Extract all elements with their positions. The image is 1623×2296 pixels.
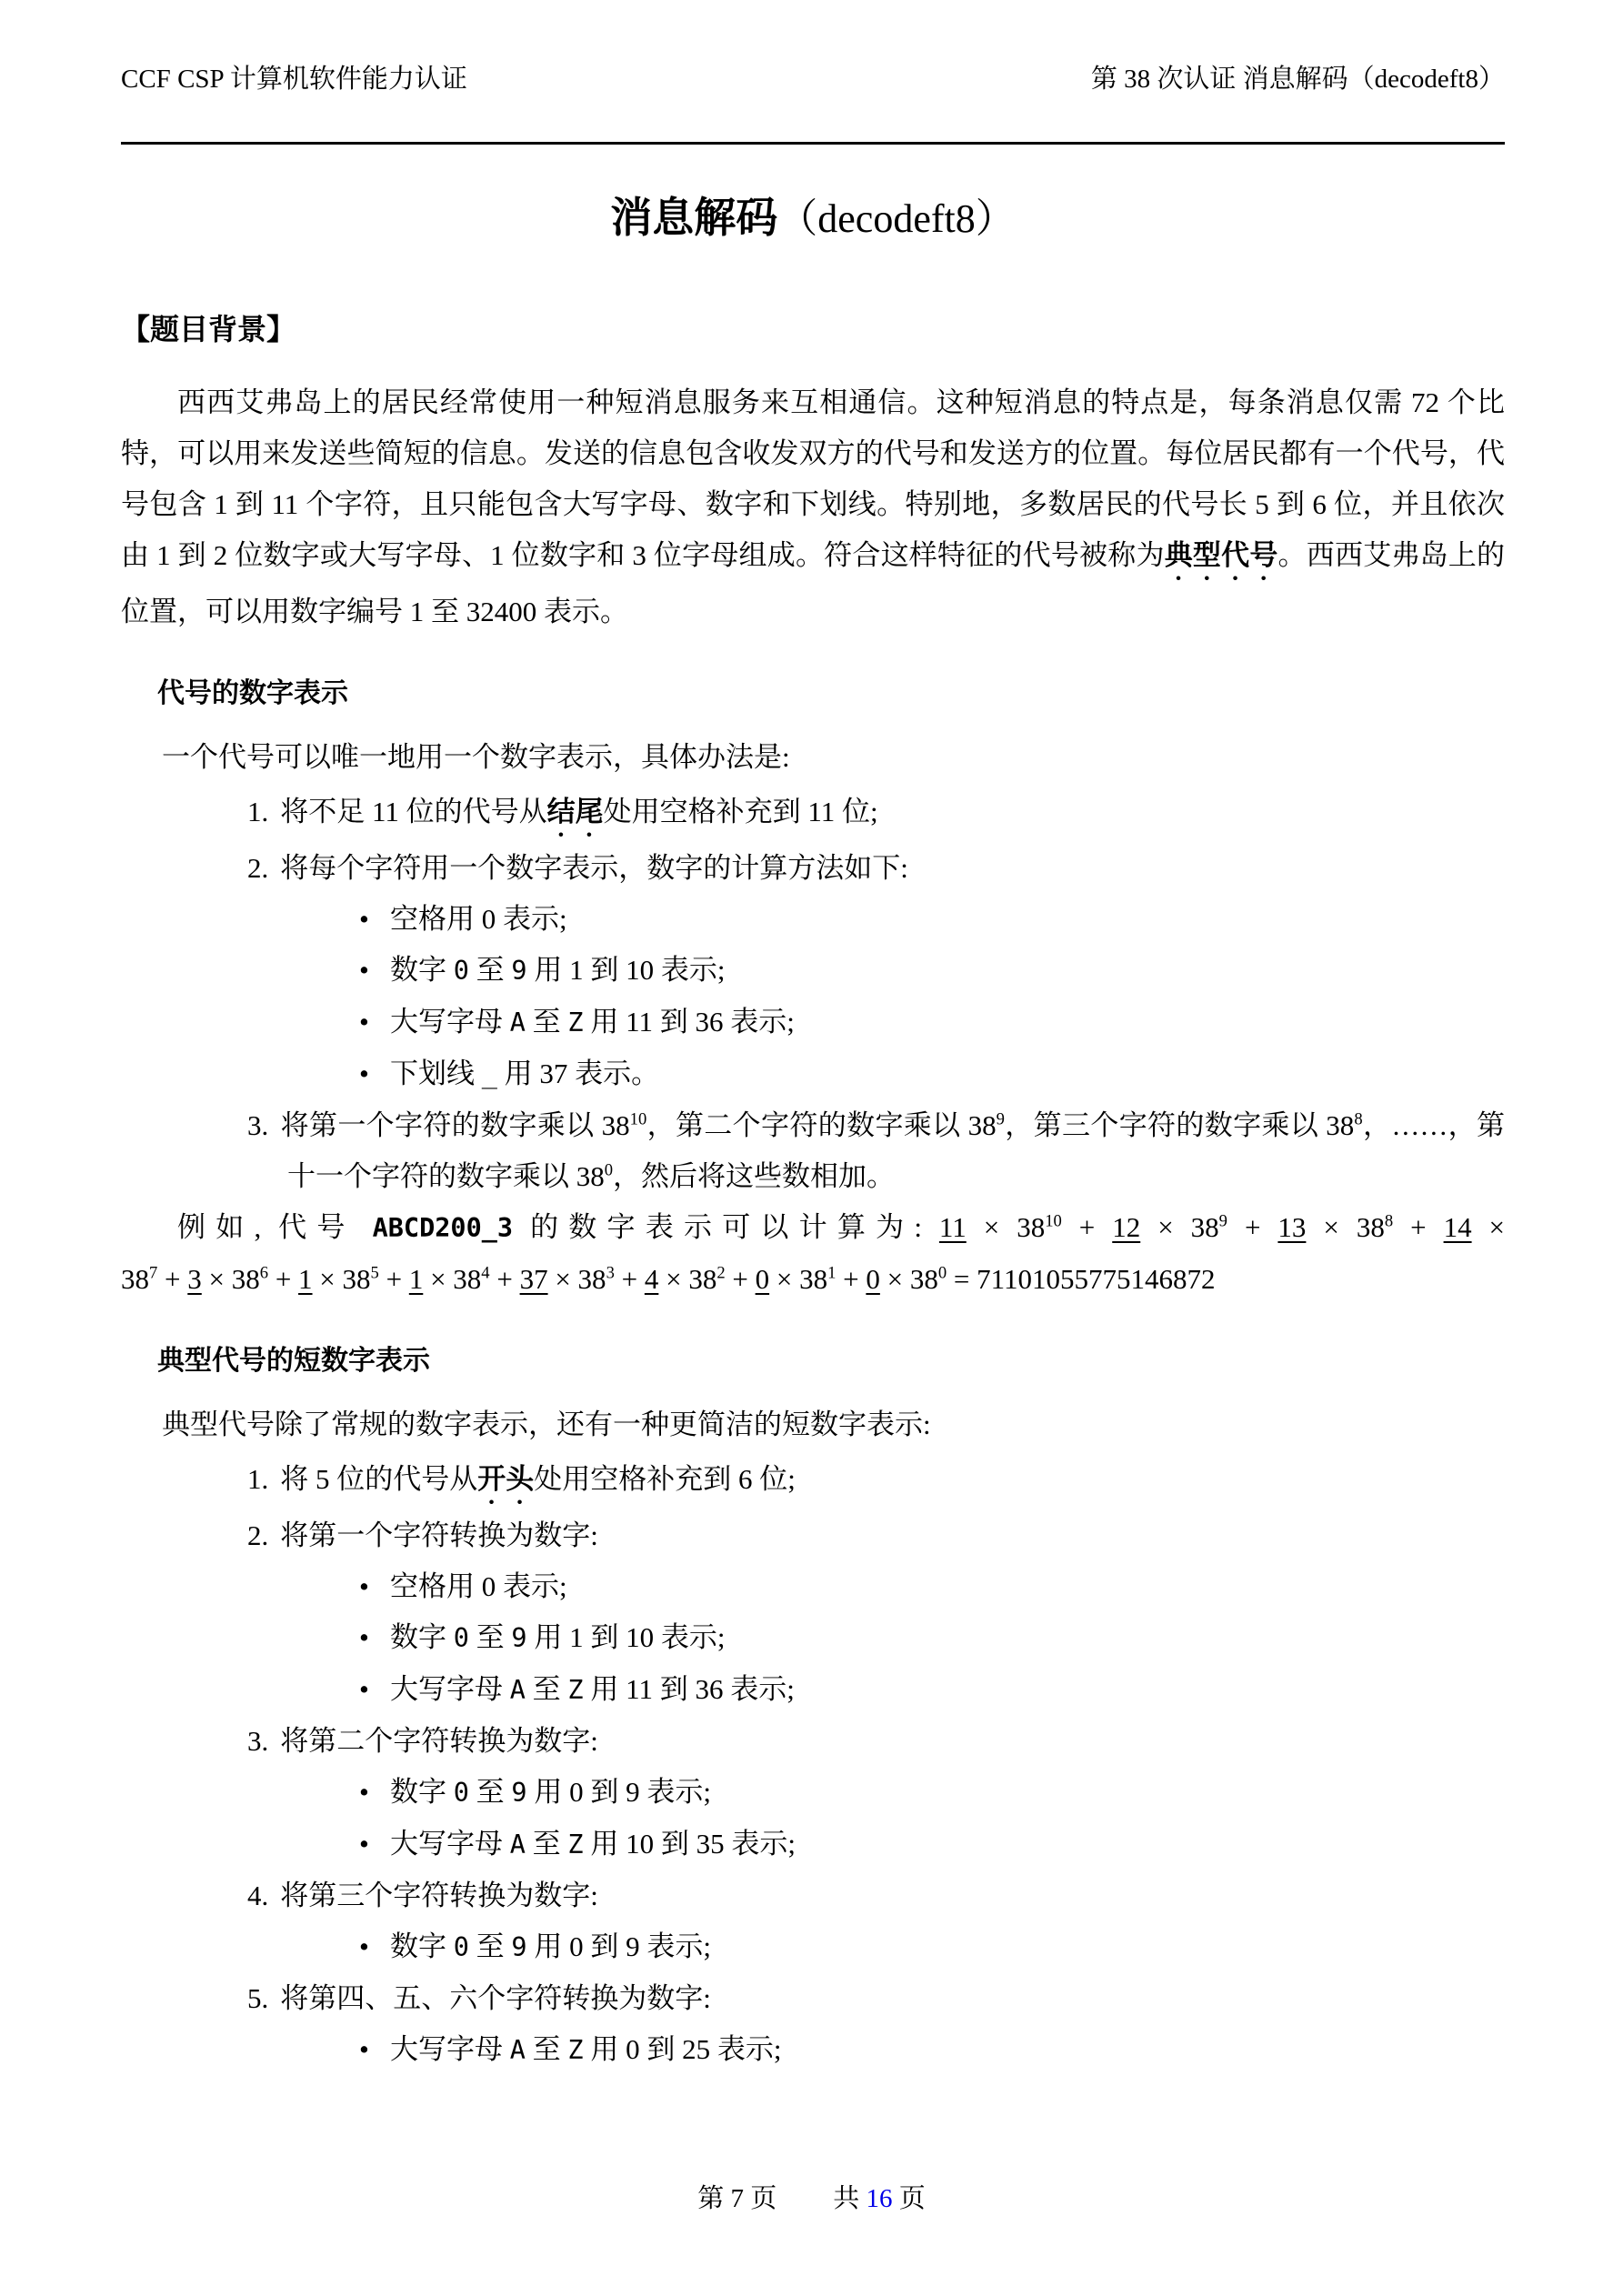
list-item-text: 将每个字符用一个数字表示，数字的计算方法如下: [280,852,908,884]
list-item-text: 将第一个字符转换为数字: [280,1519,598,1551]
section-heading-background: 【题目背景】 [121,308,1505,350]
bullet-item: •数字 0 至 9 用 1 到 10 表示; [359,1612,1505,1664]
list-item: 1.将不足 11 位的代号从结尾处用空格补充到 11 位; [247,787,1505,843]
list-item-text: 将第二个字符转换为数字: [280,1725,598,1757]
bullet-item: •数字 0 至 9 用 0 到 9 表示; [359,1767,1505,1819]
subsection-heading-short-numeric: 典型代号的短数字表示 [157,1339,1505,1383]
bullet-text: 数字 0 至 9 用 0 到 9 表示; [390,1930,711,1962]
header-right: 第 38 次认证 消息解码（decodeft8） [1091,64,1505,95]
bullet-icon: • [359,2024,390,2075]
bullet-text: 数字 0 至 9 用 0 到 9 表示; [390,1776,711,1808]
list-item-number: 3. [247,1725,280,1757]
list-item-number: 1. [247,1463,280,1495]
bullet-text: 大写字母 A 至 Z 用 0 到 25 表示; [390,2033,781,2065]
bullet-icon: • [359,997,390,1048]
page-number: 第 7 页 [697,2184,776,2213]
bullet-item: •大写字母 A 至 Z 用 11 到 36 表示; [359,997,1505,1048]
list-item-text: 将第三个字符转换为数字: [280,1880,598,1911]
list-item: 1.将 5 位的代号从开头处用空格补充到 6 位; [247,1454,1505,1510]
list-item: 4.将第三个字符转换为数字: [247,1870,1505,1921]
bullet-item: •大写字母 A 至 Z 用 11 到 36 表示; [359,1664,1505,1716]
subsection-heading-numeric-representation: 代号的数字表示 [157,672,1505,716]
bullet-item: •大写字母 A 至 Z 用 10 到 35 表示; [359,1819,1505,1870]
list-item: 2.将每个字符用一个数字表示，数字的计算方法如下: [247,843,1505,894]
page-header: CCF CSP 计算机软件能力认证 第 38 次认证 消息解码（decodeft… [121,0,1505,95]
page-footer: 第 7 页共 16 页 [0,2179,1623,2219]
list-item-number: 4. [247,1880,280,1911]
list-item-text: 将第四、五、六个字符转换为数字: [280,1982,711,2014]
bullet-text: 下划线 _ 用 37 表示。 [390,1058,659,1089]
bullet-text: 空格用 0 表示; [390,903,567,935]
total-pages-link[interactable]: 16 [867,2184,893,2213]
title-cjk: 消息解码 [610,194,777,241]
list-item-number: 1. [247,796,280,827]
list-item: 5.将第四、五、六个字符转换为数字: [247,1973,1505,2024]
numeric-representation-steps: 1.将不足 11 位的代号从结尾处用空格补充到 11 位; 2.将每个字符用一个… [121,787,1505,1202]
total-pages-prefix: 共 [833,2184,866,2213]
bullet-icon: • [359,1048,390,1099]
bullet-item: •数字 0 至 9 用 1 到 10 表示; [359,945,1505,997]
list-item-number: 2. [247,852,280,884]
bullet-icon: • [359,1819,390,1870]
bullet-item: •数字 0 至 9 用 0 到 9 表示; [359,1921,1505,1973]
formula-line-1: 例如, 代号 ABCD200_3 的数字表示可以计算为: 11 × 3810 +… [121,1202,1505,1254]
title-latin: （decodeft8） [777,196,1015,241]
list-item: 3.将第二个字符转换为数字: [247,1716,1505,1767]
short-numeric-steps: 1.将 5 位的代号从开头处用空格补充到 6 位; 2.将第一个字符转换为数字:… [121,1454,1505,2076]
sub2-lead-paragraph: 典型代号除了常规的数字表示，还有一种更简洁的短数字表示: [162,1399,1505,1450]
list-item-number: 5. [247,1982,280,2014]
bullet-text: 大写字母 A 至 Z 用 11 到 36 表示; [390,1673,795,1705]
bullet-icon: • [359,1921,390,1972]
list-item: 2.将第一个字符转换为数字: [247,1510,1505,1561]
page-title: 消息解码（decodeft8） [121,185,1505,248]
bullet-icon: • [359,945,390,996]
intro-paragraph: 西西艾弗岛上的居民经常使用一种短消息服务来互相通信。这种短消息的特点是，每条消息… [121,377,1505,637]
bullet-text: 大写字母 A 至 Z 用 11 到 36 表示; [390,1006,795,1038]
bullet-item: •空格用 0 表示; [359,894,1505,945]
list-item-number: 2. [247,1519,280,1551]
document-page: CCF CSP 计算机软件能力认证 第 38 次认证 消息解码（decodeft… [0,0,1623,2296]
header-rule [121,142,1505,145]
bullet-icon: • [359,1767,390,1818]
bullet-icon: • [359,894,390,945]
bullet-text: 大写字母 A 至 Z 用 10 到 35 表示; [390,1828,796,1860]
bullet-icon: • [359,1561,390,1612]
list-item-text: 将 5 位的代号从开头处用空格补充到 6 位; [280,1463,796,1495]
example-formula: 例如, 代号 ABCD200_3 的数字表示可以计算为: 11 × 3810 +… [121,1202,1505,1305]
bullet-item: •空格用 0 表示; [359,1561,1505,1612]
total-pages-suffix: 页 [893,2184,926,2213]
bullet-text: 空格用 0 表示; [390,1570,567,1602]
list-item-number: 3. [247,1109,280,1141]
list-item-text: 将不足 11 位的代号从结尾处用空格补充到 11 位; [280,796,877,827]
bullet-item: •大写字母 A 至 Z 用 0 到 25 表示; [359,2024,1505,2076]
bullet-icon: • [359,1612,390,1663]
bullet-text: 数字 0 至 9 用 1 到 10 表示; [390,954,725,986]
header-left: CCF CSP 计算机软件能力认证 [121,64,467,95]
list-item: 3.将第一个字符的数字乘以 3810，第二个字符的数字乘以 389，第三个字符的… [247,1100,1505,1202]
formula-line-2: 387 + 3 × 386 + 1 × 385 + 1 × 384 + 37 ×… [121,1254,1505,1305]
list-item-text: 将第一个字符的数字乘以 3810，第二个字符的数字乘以 389，第三个字符的数字… [280,1109,1505,1192]
bullet-icon: • [359,1664,390,1715]
bullet-text: 数字 0 至 9 用 1 到 10 表示; [390,1621,725,1653]
bullet-item: •下划线 _ 用 37 表示。 [359,1048,1505,1100]
sub1-lead-paragraph: 一个代号可以唯一地用一个数字表示，具体办法是: [162,732,1505,783]
